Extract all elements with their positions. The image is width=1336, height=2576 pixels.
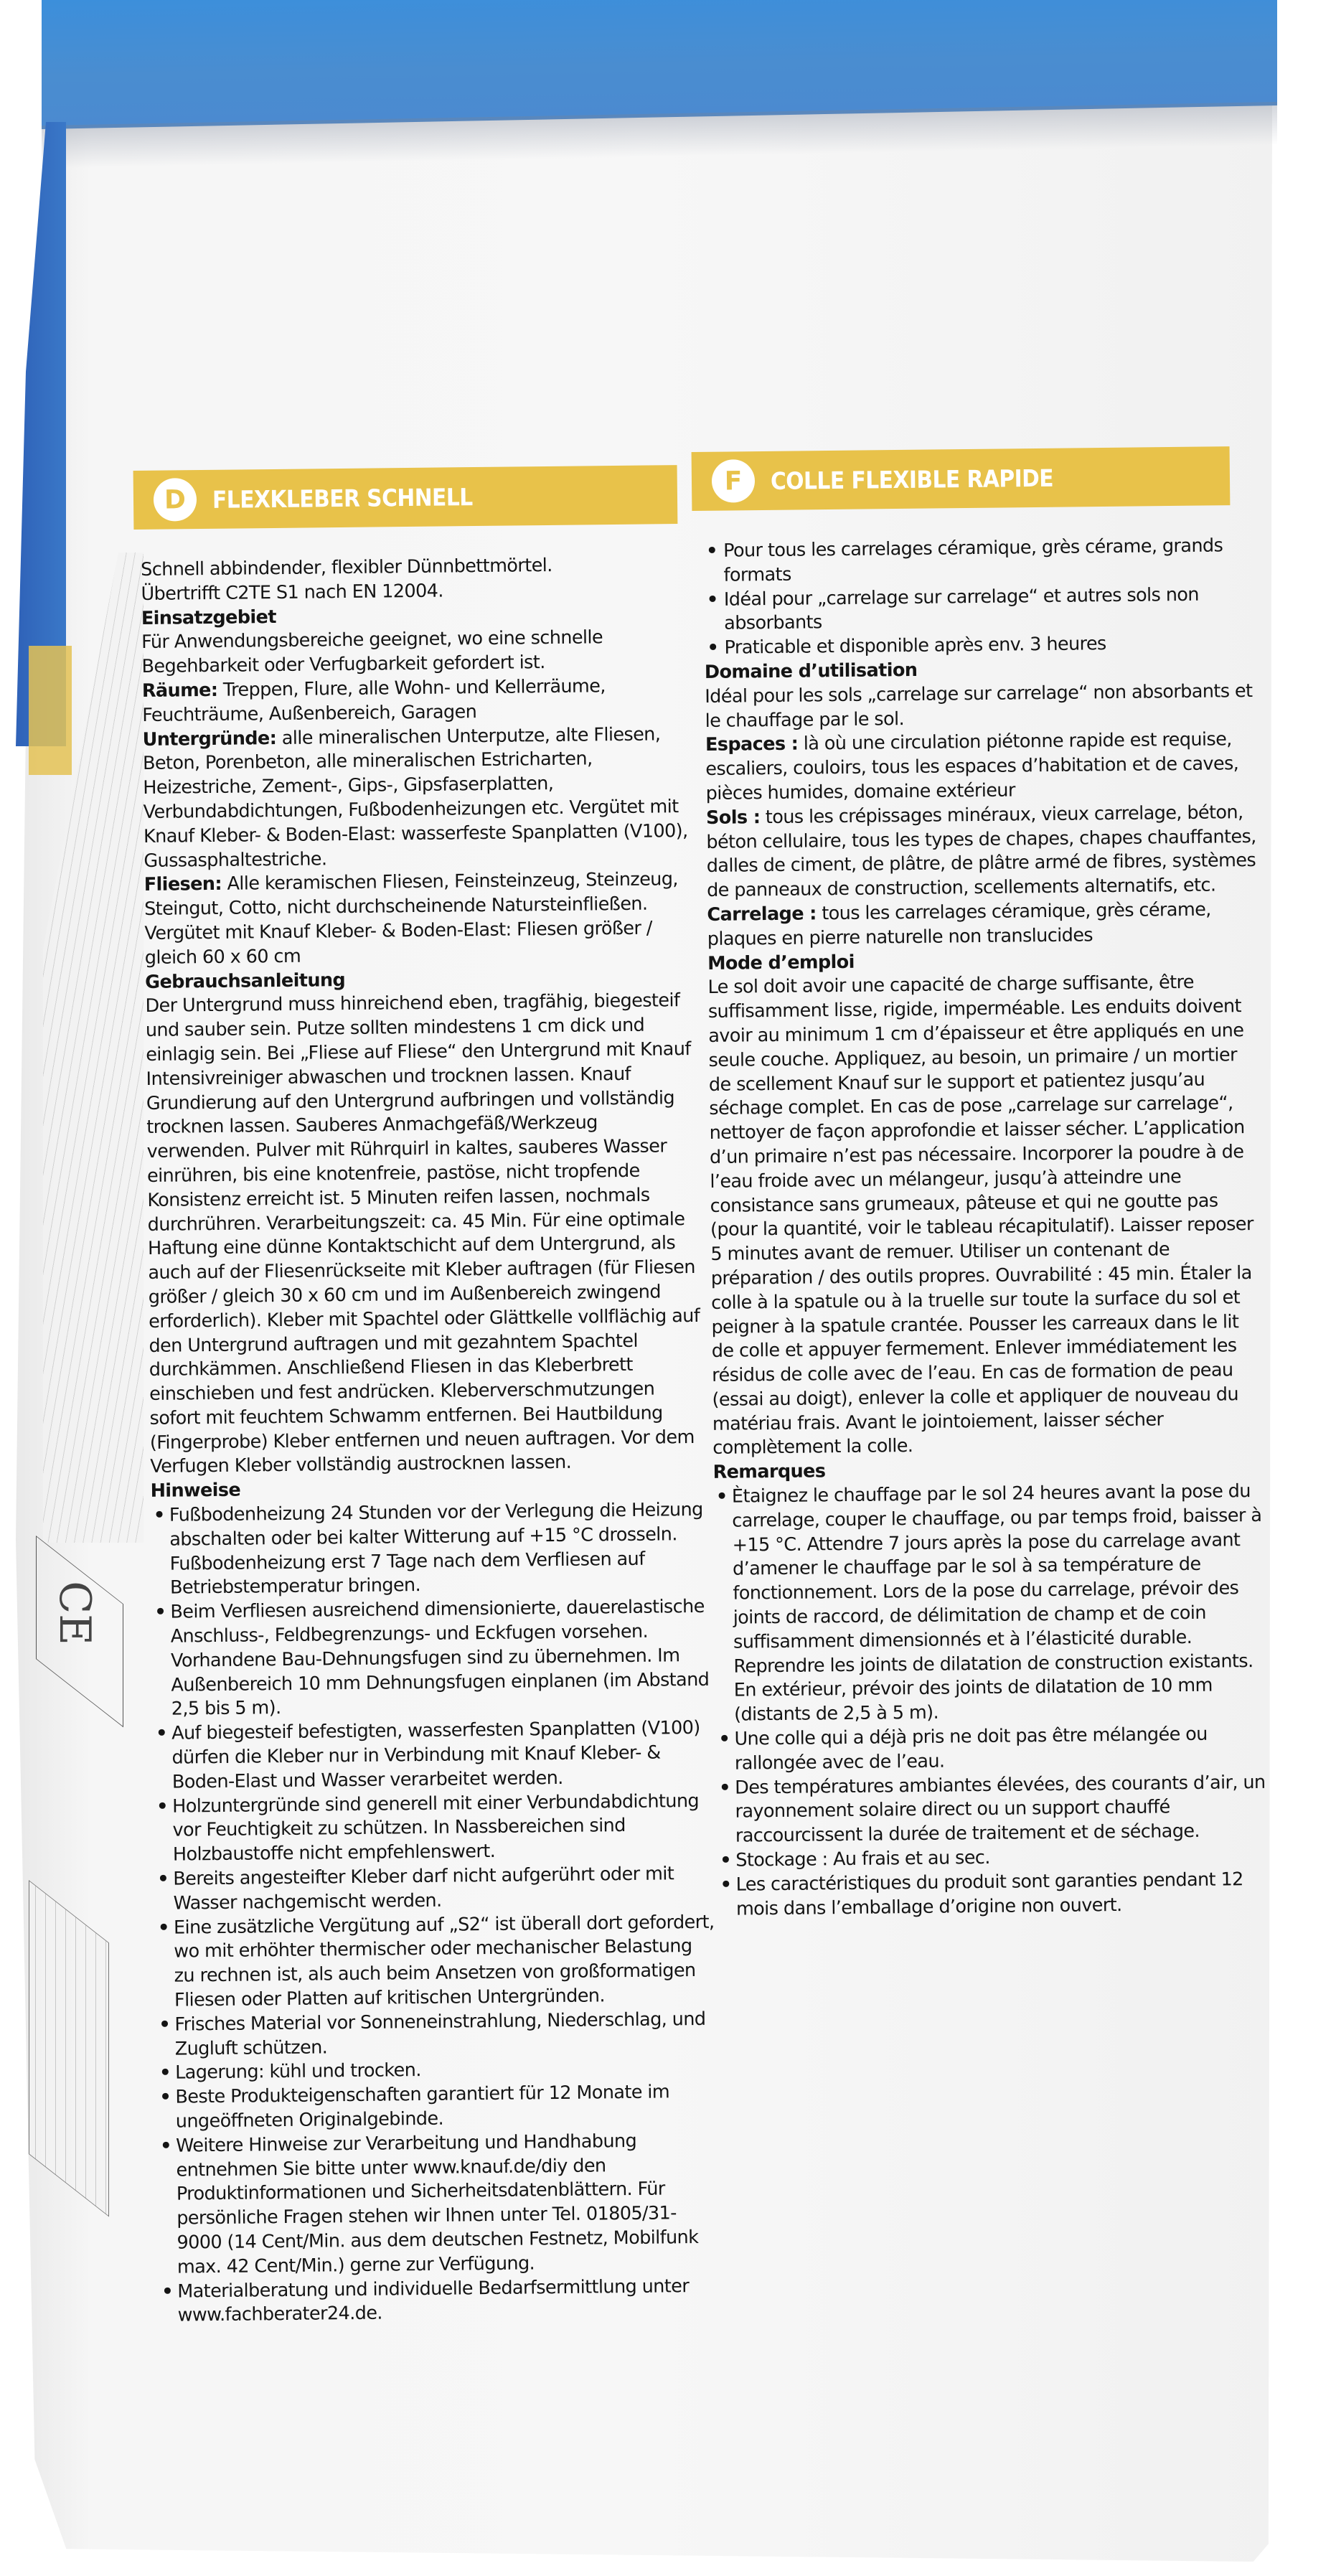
fliesen-paragraph: Fliesen: Alle keramischen Fliesen, Feins… bbox=[144, 868, 705, 970]
language-badge-de: D bbox=[154, 478, 197, 522]
list-item: Une colle qui a déjà pris ne doit pas êt… bbox=[715, 1722, 1269, 1777]
list-item: Auf biegesteif befestigten, wasserfesten… bbox=[153, 1716, 713, 1795]
mode-text: Le sol doit avoir une capacité de charge… bbox=[707, 970, 1265, 1461]
list-item: Beim Verfliesen ausreichend dimensionier… bbox=[151, 1595, 712, 1722]
raeume-paragraph: Räume: Treppen, Flure, alle Wohn- und Ke… bbox=[142, 674, 702, 728]
carrelage-paragraph: Carrelage : tous les carrelages céramiqu… bbox=[707, 898, 1260, 952]
list-item: Eine zusätzliche Vergütung auf „S2“ ist … bbox=[155, 1910, 715, 2013]
list-item: Ètaignez le chauffage par le sol 24 heur… bbox=[713, 1480, 1268, 1728]
untergruende-label: Untergründe: bbox=[142, 728, 276, 751]
intro-list: Pour tous les carrelages céramique, grès… bbox=[703, 534, 1257, 661]
list-item: Beste Produkteigenschaften garantiert fü… bbox=[156, 2080, 717, 2135]
header-de: D FLEXKLEBER SCHNELL bbox=[133, 465, 678, 530]
column-de: Schnell abbindender, flexibler Dünnbettm… bbox=[141, 553, 719, 2328]
domaine-text: Idéal pour les sols „carrelage sur carre… bbox=[705, 680, 1258, 734]
ce-mark-icon: CE bbox=[50, 1581, 100, 1645]
untergruende-paragraph: Untergründe: alle mineralischen Unterput… bbox=[142, 722, 703, 873]
list-item: Holzuntergründe sind generell mit einer … bbox=[154, 1789, 714, 1868]
list-item: Des températures ambiantes élevées, des … bbox=[716, 1770, 1269, 1848]
header-fr: F COLLE FLEXIBLE RAPIDE bbox=[692, 446, 1231, 511]
language-badge-fr: F bbox=[712, 459, 756, 503]
list-item: Frisches Material vor Sonneneinstrahlung… bbox=[156, 2008, 716, 2062]
list-item: Weitere Hinweise zur Verarbeitung und Ha… bbox=[157, 2129, 718, 2280]
title-de: FLEXKLEBER SCHNELL bbox=[212, 483, 473, 514]
espaces-paragraph: Espaces : là où une circulation piétonne… bbox=[705, 728, 1259, 806]
list-item: Materialberatung und individuelle Bedarf… bbox=[159, 2274, 719, 2328]
sols-label: Sols : bbox=[706, 807, 761, 829]
side-gusset-yellow bbox=[29, 646, 72, 775]
hinweise-list: Fußbodenheizung 24 Stunden vor der Verle… bbox=[151, 1498, 719, 2328]
list-item: Les caractéristiques du produit sont gar… bbox=[717, 1868, 1270, 1922]
list-item: Pour tous les carrelages céramique, grès… bbox=[703, 534, 1256, 588]
sols-text: tous les crépissages minéraux, vieux car… bbox=[706, 802, 1256, 901]
einsatz-text: Für Anwendungsbereiche geeignet, wo eine… bbox=[141, 625, 702, 680]
fliesen-text: Alle keramischen Fliesen, Feinsteinzeug,… bbox=[144, 869, 678, 969]
list-item: Bereits angesteifter Kleber darf nicht a… bbox=[154, 1862, 715, 1917]
remarques-list: Ètaignez le chauffage par le sol 24 heur… bbox=[713, 1480, 1270, 1922]
fliesen-label: Fliesen: bbox=[144, 873, 222, 896]
sols-paragraph: Sols : tous les crépissages minéraux, vi… bbox=[706, 801, 1259, 903]
gebrauch-text: Der Untergrund muss hinreichend eben, tr… bbox=[145, 989, 710, 1480]
carrelage-label: Carrelage : bbox=[707, 903, 817, 926]
title-fr: COLLE FLEXIBLE RAPIDE bbox=[771, 464, 1054, 494]
espaces-label: Espaces : bbox=[705, 733, 799, 756]
list-item: Idéal pour „carrelage sur carrelage“ et … bbox=[704, 583, 1257, 637]
raeume-label: Räume: bbox=[142, 680, 218, 702]
list-item: Fußbodenheizung 24 Stunden vor der Verle… bbox=[151, 1498, 711, 1601]
column-fr: Pour tous les carrelages céramique, grès… bbox=[703, 534, 1270, 1922]
